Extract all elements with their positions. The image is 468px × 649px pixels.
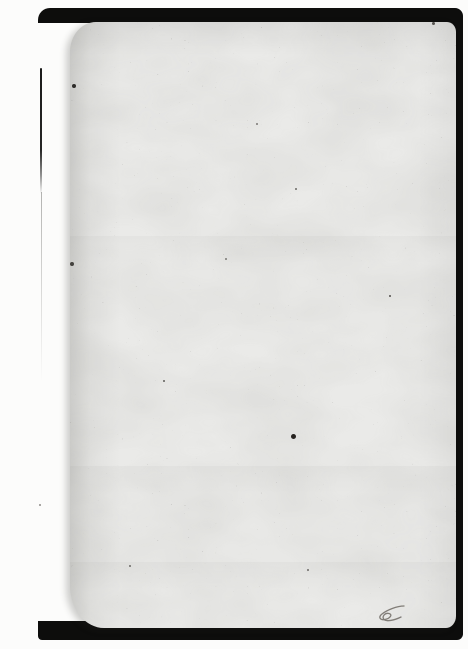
ink-spot [291,434,296,439]
blank-page [70,22,456,628]
page-speck-f [389,295,391,297]
paper-shade-band [70,236,456,264]
page-speck-b [295,188,297,190]
paper-shade-band [70,466,456,494]
stitch-dot-lower [70,262,74,266]
page-speck-a [163,380,165,382]
scanned-book-page [0,0,468,649]
paper-shade-band [70,562,456,590]
page-speck-g [307,569,309,571]
margin-speck [39,504,41,506]
page-speck-e [256,123,258,125]
handwritten-mark [376,602,408,628]
stitch-dot-upper [72,84,76,88]
page-speck-c [432,22,435,25]
paper-texture [70,22,456,628]
page-speck-d [129,565,131,567]
binding-thread-line [40,68,42,194]
page-speck-h [225,258,227,260]
handwritten-mark-path [380,606,404,621]
binding-thread-line-faint [41,192,42,382]
